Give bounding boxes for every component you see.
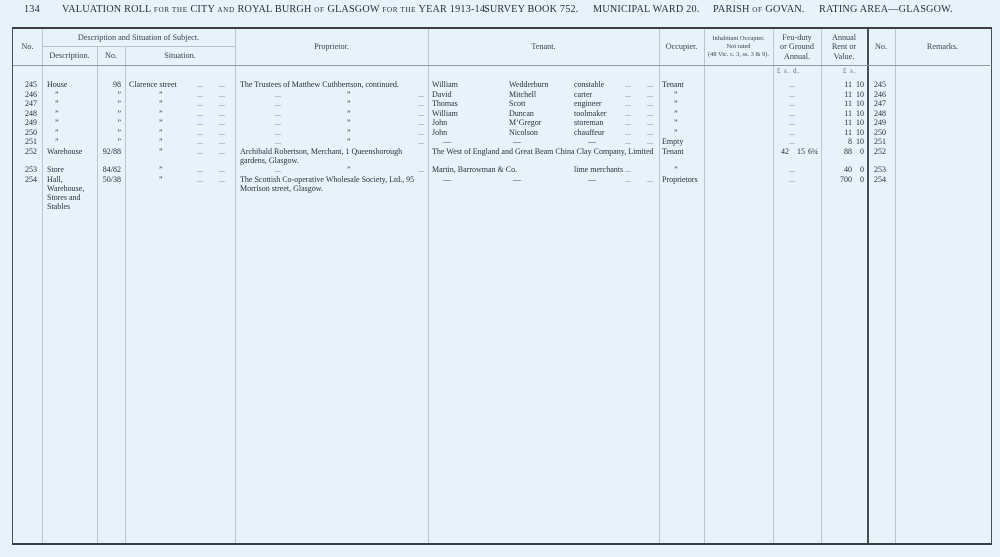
entry-no: 246 <box>15 90 37 100</box>
sit-dots: ... <box>219 80 225 90</box>
tenant-first-name: David <box>432 90 452 100</box>
header-no-right: No. <box>867 29 895 65</box>
table-row: 248”””.........”...WilliamDuncantoolmake… <box>13 109 993 119</box>
tenant-dots: ... <box>647 80 653 90</box>
page-header: 134 VALUATION ROLL FOR THE CITY AND ROYA… <box>0 4 1000 20</box>
entry-no-right: 248 <box>874 109 886 119</box>
tenant-dots: ... <box>625 109 631 119</box>
tenant-dots: ... <box>647 118 653 128</box>
entry-no: 253 <box>15 165 37 175</box>
feu-duty-blank: ... <box>789 128 795 138</box>
entry-no: 247 <box>15 99 37 109</box>
description: House <box>47 80 67 90</box>
sub-no: ” <box>97 118 121 128</box>
tenant-surname: Mitchell <box>509 90 536 100</box>
tenant-dots: ... <box>625 175 631 185</box>
tenant-dots: ... <box>647 109 653 119</box>
sit-dots: ... <box>197 90 203 100</box>
page-number: 134 <box>24 4 40 15</box>
roll-title: VALUATION ROLL FOR THE CITY AND ROYAL BU… <box>62 4 488 15</box>
feu-duty-blank: ... <box>789 99 795 109</box>
entry-no: 248 <box>15 109 37 119</box>
sub-no: 84/82 <box>97 165 121 175</box>
entry-no-right: 253 <box>874 165 886 175</box>
rent-pounds: 11 <box>828 118 852 128</box>
entry-no: 252 <box>15 147 37 157</box>
sub-no: ” <box>97 99 121 109</box>
tenant-occupation: constable <box>574 80 604 90</box>
description: ” <box>55 90 59 100</box>
description: ” <box>55 137 59 147</box>
proprietor-dots: ... <box>275 165 281 175</box>
situation: Clarence street <box>129 80 177 90</box>
rent-pounds: 8 <box>828 137 852 147</box>
entry-no-right: 249 <box>874 118 886 128</box>
sit-dots: ... <box>219 109 225 119</box>
proprietor-ditto: ” <box>347 118 351 128</box>
entry-no-right: 254 <box>874 175 886 185</box>
sub-no: ” <box>97 109 121 119</box>
sit-dots: ... <box>219 147 225 157</box>
description: ” <box>55 118 59 128</box>
tenant-first-name: — <box>443 137 451 147</box>
tenant-first-name: Thomas <box>432 99 458 109</box>
rent-shillings: 10 <box>853 137 864 147</box>
header-occupier: Occupier. <box>659 29 704 65</box>
table-row: 251”””.........”...———......Empty...8102… <box>13 137 993 147</box>
proprietor-dots: ... <box>418 90 424 100</box>
table-row: 247”””.........”...ThomasScottengineer..… <box>13 99 993 109</box>
feu-shillings: 15 <box>789 147 805 157</box>
sit-dots: ... <box>197 128 203 138</box>
tenant-occupation: lime merchants <box>574 165 623 175</box>
header-sub-no: No. <box>97 46 125 65</box>
description: Warehouse <box>47 147 82 157</box>
proprietor-dots: ... <box>418 137 424 147</box>
situation: ” <box>159 90 163 100</box>
table-row: 246”””.........”...DavidMitchellcarter..… <box>13 90 993 100</box>
tenant-first-name: William <box>432 80 458 90</box>
table-row: 253Store84/82”.........”...Martin, Barro… <box>13 165 993 175</box>
tenant-dots: ... <box>647 175 653 185</box>
header-remarks: Remarks. <box>895 29 990 65</box>
situation: ” <box>159 128 163 138</box>
municipal-ward: MUNICIPAL WARD 20. <box>593 4 700 15</box>
tenant-dots: ... <box>647 99 653 109</box>
proprietor-dots: ... <box>275 128 281 138</box>
proprietor-dots: ... <box>275 109 281 119</box>
entry-no-right: 245 <box>874 80 886 90</box>
tenant-dots: ... <box>625 90 631 100</box>
description: ” <box>55 128 59 138</box>
occupier: ” <box>674 128 678 138</box>
tenant-dots: ... <box>625 118 631 128</box>
sit-dots: ... <box>219 99 225 109</box>
rent-pounds: 40 <box>828 165 852 175</box>
sit-dots: ... <box>197 118 203 128</box>
tenant-dots: ... <box>647 137 653 147</box>
proprietor-dots: ... <box>275 137 281 147</box>
feu-pence: 6¾ <box>808 147 818 157</box>
sit-dots: ... <box>197 165 203 175</box>
table-row: 250”””.........”...JohnNicolsonchauffeur… <box>13 128 993 138</box>
situation: ” <box>159 109 163 119</box>
table-row: 252Warehouse92/88”......Archibald Robert… <box>13 147 993 157</box>
feu-pounds: 42 <box>769 147 789 157</box>
tenant-occupation: chauffeur <box>574 128 605 138</box>
sub-no: 98 <box>97 80 121 90</box>
proprietor-ditto: ” <box>347 137 351 147</box>
tenant-first-name: William <box>432 109 458 119</box>
tenant-surname: MʻGregor <box>509 118 541 128</box>
proprietor-dots: ... <box>418 165 424 175</box>
sub-no: ” <box>97 128 121 138</box>
rent-pounds: 11 <box>828 128 852 138</box>
survey-book: SURVEY BOOK 752. <box>484 4 579 15</box>
proprietor-dots: ... <box>275 90 281 100</box>
rent-shillings: 10 <box>853 80 864 90</box>
feu-duty-blank: ... <box>789 109 795 119</box>
rent-shillings: 10 <box>853 90 864 100</box>
situation: ” <box>159 137 163 147</box>
table-row: 254Hall, Warehouse, Stores and Stables50… <box>13 175 993 185</box>
situation: ” <box>159 175 163 185</box>
rent-pounds: 11 <box>828 109 852 119</box>
tenant-occupation: — <box>588 175 596 185</box>
header-annual-rent: Annual Rent or Value. <box>821 29 867 65</box>
rent-pounds: 700 <box>828 175 852 185</box>
entry-no-right: 247 <box>874 99 886 109</box>
header-rule <box>13 65 990 66</box>
proprietor-ditto: ” <box>347 128 351 138</box>
situation: ” <box>159 99 163 109</box>
sit-dots: ... <box>219 128 225 138</box>
rent-shillings: 0 <box>853 147 864 157</box>
occupier: ” <box>674 109 678 119</box>
header-proprietor: Proprietor. <box>235 29 428 65</box>
situation: ” <box>159 165 163 175</box>
sit-dots: ... <box>219 137 225 147</box>
tenant-occupation: storeman <box>574 118 603 128</box>
description: ” <box>55 109 59 119</box>
header-no: No. <box>13 29 42 65</box>
table-row: 249”””.........”...JohnMʻGregorstoreman.… <box>13 118 993 128</box>
occupier: ” <box>674 99 678 109</box>
tenant-dots: ... <box>625 128 631 138</box>
tenant-first-name: Martin, Barrowman & Co. <box>432 165 517 175</box>
header-feu-duty: Feu-duty or Ground Annual. <box>773 29 821 65</box>
tenant: The West of England and Great Beam China… <box>432 147 658 156</box>
sit-dots: ... <box>197 147 203 157</box>
occupier: Tenant <box>662 147 684 157</box>
tenant-occupation: engineer <box>574 99 602 109</box>
sit-dots: ... <box>197 109 203 119</box>
tenant-dots: ... <box>625 137 631 147</box>
tenant-first-name: — <box>443 175 451 185</box>
proprietor-ditto: ” <box>347 165 351 175</box>
tenant-dots: ... <box>625 165 631 175</box>
parish: PARISH OF GOVAN. <box>713 4 805 15</box>
sit-dots: ... <box>219 165 225 175</box>
proprietor-dots: ... <box>275 118 281 128</box>
header-tenant: Tenant. <box>428 29 659 65</box>
proprietor-dots: ... <box>418 128 424 138</box>
sub-no: ” <box>97 90 121 100</box>
table-row: 245House98Clarence street......The Trust… <box>13 80 993 90</box>
situation: ” <box>159 147 163 157</box>
sub-no: 50/38 <box>97 175 121 185</box>
description: ” <box>55 99 59 109</box>
header-description: Description. <box>42 46 97 65</box>
proprietor-ditto: ” <box>347 109 351 119</box>
tenant-dots: ... <box>625 80 631 90</box>
sit-dots: ... <box>197 99 203 109</box>
tenant-occupation: carter <box>574 90 592 100</box>
entry-no-right: 250 <box>874 128 886 138</box>
tenant-first-name: John <box>432 128 447 138</box>
description: Store <box>47 165 64 175</box>
header-inhabitant-occupier: Inhabitant Occupier. Not rated (48 Vic. … <box>704 29 773 65</box>
valuation-table: No. Description and Situation of Subject… <box>12 27 992 545</box>
tenant-occupation: — <box>588 137 596 147</box>
entry-no: 254 <box>15 175 37 185</box>
rent-pounds: 88 <box>828 147 852 157</box>
tenant-surname: — <box>513 175 521 185</box>
rent-shillings: 10 <box>853 99 864 109</box>
occupier: ” <box>674 118 678 128</box>
rent-pounds: 11 <box>828 90 852 100</box>
situation: ” <box>159 118 163 128</box>
sit-dots: ... <box>219 118 225 128</box>
tenant-surname: Duncan <box>509 109 534 119</box>
feu-duty-blank: ... <box>789 137 795 147</box>
rent-shillings: 0 <box>853 175 864 185</box>
sit-dots: ... <box>197 137 203 147</box>
sub-no: ” <box>97 137 121 147</box>
sub-no: 92/88 <box>97 147 121 157</box>
feu-duty-blank: ... <box>789 90 795 100</box>
entry-no: 250 <box>15 128 37 138</box>
tenant-surname: Nicolson <box>509 128 538 138</box>
entry-no: 249 <box>15 118 37 128</box>
occupier: ” <box>674 90 678 100</box>
tenant-first-name: John <box>432 118 447 128</box>
entry-no-right: 246 <box>874 90 886 100</box>
feu-duty-blank: ... <box>789 80 795 90</box>
occupier: Tenant <box>662 80 684 90</box>
proprietor-dots: ... <box>418 109 424 119</box>
entry-no-right: 252 <box>874 147 886 157</box>
tenant-dots: ... <box>625 99 631 109</box>
proprietor: Archibald Robertson, Merchant, 1 Queensb… <box>240 147 426 165</box>
proprietor-dots: ... <box>418 118 424 128</box>
entry-no: 245 <box>15 80 37 90</box>
tenant-surname: — <box>513 137 521 147</box>
proprietor: The Scottish Co-operative Wholesale Soci… <box>240 175 426 193</box>
rent-shillings: 10 <box>853 118 864 128</box>
tenant-surname: Scott <box>509 99 525 109</box>
rent-shillings: 10 <box>853 128 864 138</box>
feu-duty-blank: ... <box>789 175 795 185</box>
occupier: ” <box>674 165 678 175</box>
feu-duty-blank: ... <box>789 165 795 175</box>
occupier: Empty <box>662 137 683 147</box>
proprietor-dots: ... <box>418 99 424 109</box>
header-situation: Situation. <box>125 46 235 65</box>
rent-shillings: 10 <box>853 109 864 119</box>
description: Hall, Warehouse, Stores and Stables <box>47 175 97 212</box>
proprietor-ditto: ” <box>347 99 351 109</box>
tenant-dots: ... <box>647 128 653 138</box>
rent-units: £ s. <box>843 68 856 75</box>
sit-dots: ... <box>197 80 203 90</box>
rating-area: RATING AREA—GLASGOW. <box>819 4 953 15</box>
proprietor: The Trustees of Matthew Cuthbertson, con… <box>240 80 399 90</box>
tenant-occupation: toolmaker <box>574 109 606 119</box>
rent-pounds: 11 <box>828 80 852 90</box>
occupier: Proprietors <box>662 175 698 185</box>
sit-dots: ... <box>219 175 225 185</box>
proprietor-dots: ... <box>275 99 281 109</box>
rent-shillings: 0 <box>853 165 864 175</box>
tenant-dots: ... <box>647 90 653 100</box>
sit-dots: ... <box>219 90 225 100</box>
rent-pounds: 11 <box>828 99 852 109</box>
proprietor-ditto: ” <box>347 90 351 100</box>
tenant-surname: Wedderburn <box>509 80 548 90</box>
entry-no-right: 251 <box>874 137 886 147</box>
header-description-situation: Description and Situation of Subject. <box>42 29 235 46</box>
feu-duty-blank: ... <box>789 118 795 128</box>
sit-dots: ... <box>197 175 203 185</box>
entry-no: 251 <box>15 137 37 147</box>
feu-units: £ s. d. <box>777 68 800 75</box>
